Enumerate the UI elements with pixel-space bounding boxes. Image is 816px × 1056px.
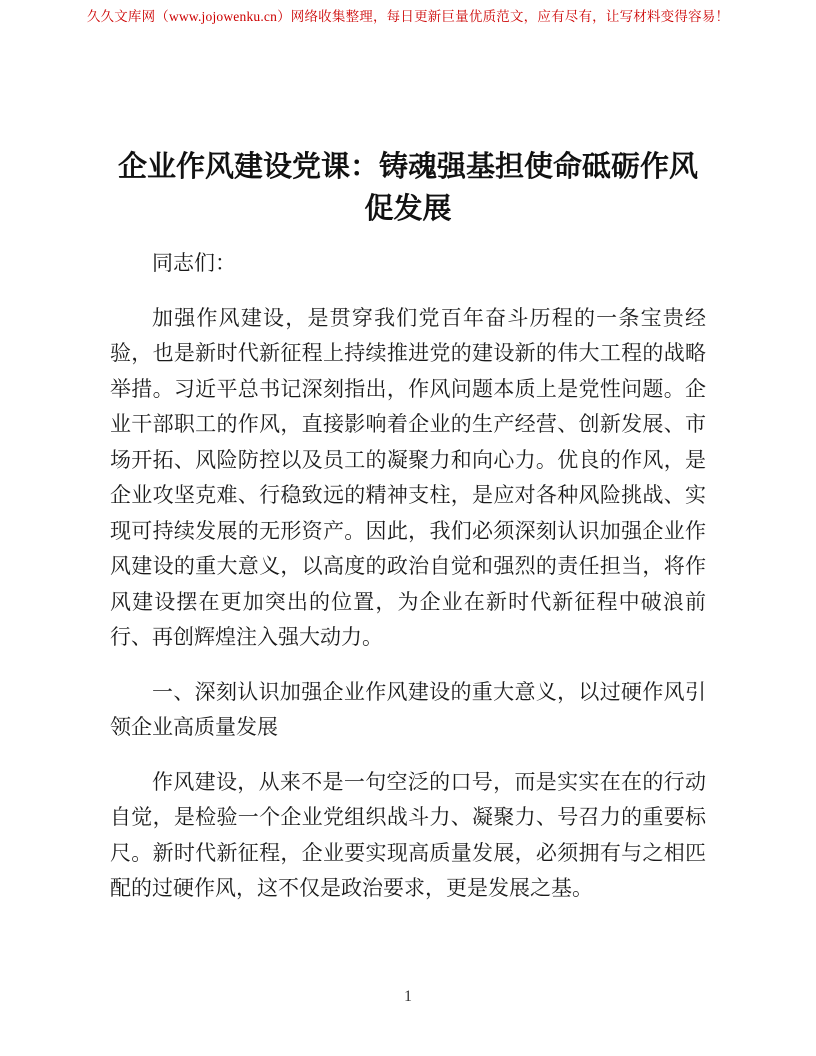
paragraph: 同志们： [110, 246, 706, 282]
document-title: 企业作风建设党课：铸魂强基担使命砥砺作风促发展 [110, 146, 706, 230]
site-watermark-header: 久久文库网（www.jojowenku.cn）网络收集整理，每日更新巨量优质范文… [0, 8, 816, 26]
document-content: 企业作风建设党课：铸魂强基担使命砥砺作风促发展 同志们：加强作风建设，是贯穿我们… [110, 146, 706, 926]
page-number: 1 [0, 988, 816, 1006]
paragraph: 作风建设，从来不是一句空泛的口号，而是实实在在的行动自觉，是检验一个企业党组织战… [110, 765, 706, 907]
section-heading: 一、深刻认识加强企业作风建设的重大意义，以过硬作风引领企业高质量发展 [110, 675, 706, 746]
document-body: 同志们：加强作风建设，是贯穿我们党百年奋斗历程的一条宝贵经验，也是新时代新征程上… [110, 246, 706, 907]
paragraph: 加强作风建设，是贯穿我们党百年奋斗历程的一条宝贵经验，也是新时代新征程上持续推进… [110, 301, 706, 656]
document-page: 久久文库网（www.jojowenku.cn）网络收集整理，每日更新巨量优质范文… [0, 0, 816, 1056]
